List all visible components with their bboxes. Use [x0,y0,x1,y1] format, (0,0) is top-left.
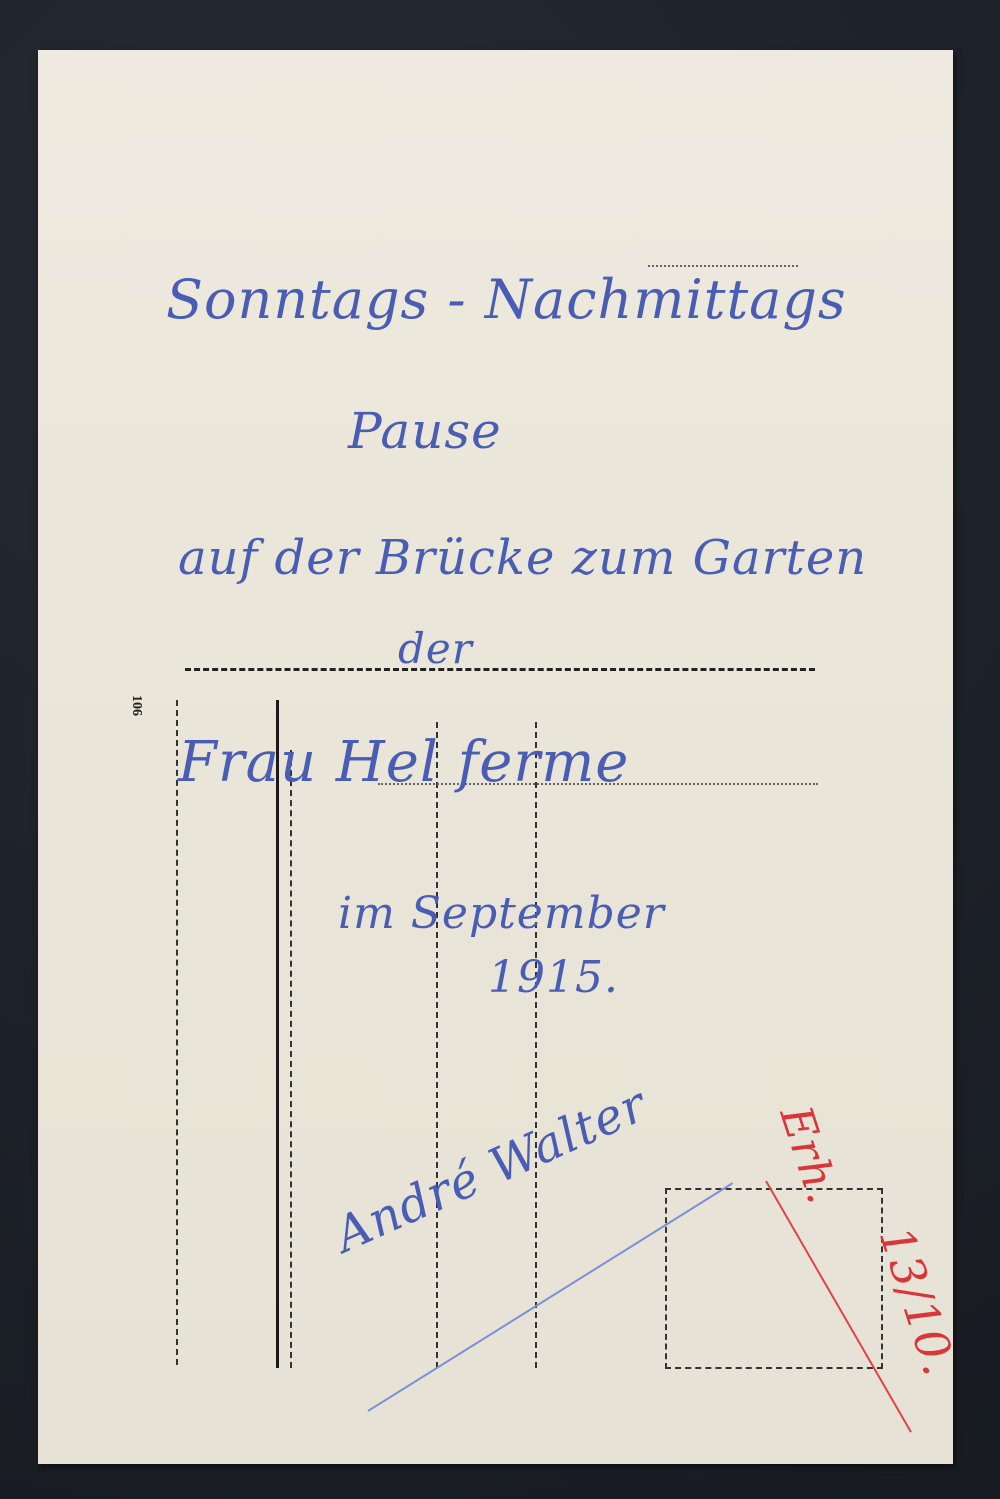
stamp-box [665,1188,883,1369]
form-top-rule [185,668,815,671]
handwritten-line-6: im September [338,888,665,939]
column-divider-1 [176,700,178,1365]
address-divider-line [276,700,279,1368]
column-divider-3 [436,722,438,1368]
column-divider-2 [290,750,292,1368]
stamp-area-top-dotted [648,265,798,267]
column-divider-4 [535,722,537,1368]
handwritten-line-1: Sonntags - Nachmittags [166,268,847,331]
handwritten-line-7: 1915. [488,952,619,1003]
handwritten-line-5: Frau Hel ferme [178,730,629,795]
postcard: Sonntags - Nachmittags Pause auf der Brü… [38,50,953,1464]
handwritten-line-2: Pause [348,402,502,460]
signature: André Walter [327,1076,656,1263]
received-date: 13/10. [869,1220,968,1382]
handwritten-line-3: auf der Brücke zum Garten [178,530,867,586]
handwritten-line-4: der [398,624,473,673]
form-number: 106 [128,695,144,716]
